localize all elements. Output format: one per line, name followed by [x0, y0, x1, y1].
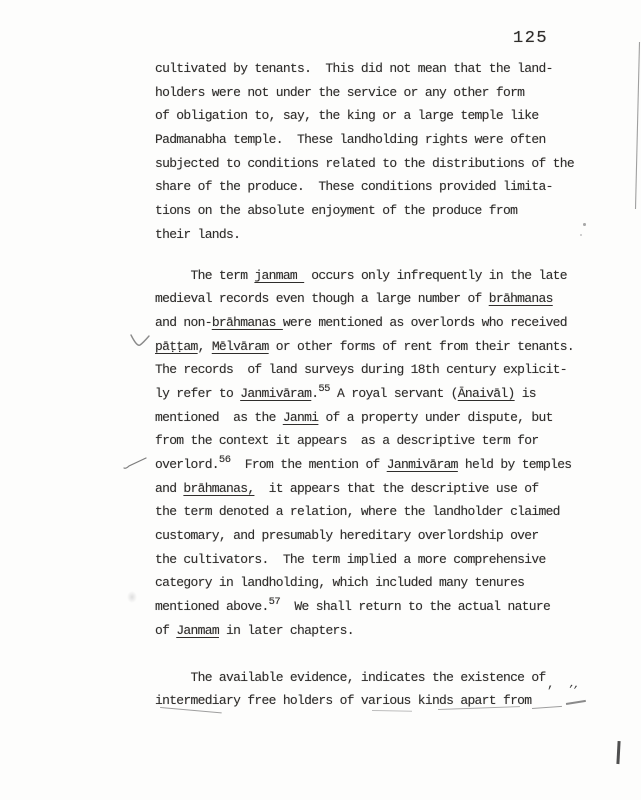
underlined-term: Janmam	[176, 623, 219, 638]
text-line: Padmanabha temple. These landholding rig…	[155, 128, 574, 152]
text-segment: held by temples	[458, 457, 572, 472]
text-segment: The term	[155, 268, 254, 283]
underlined-term: Janmivāram	[240, 386, 311, 401]
text-segment: tions on the absolute enjoyment of the p…	[155, 203, 517, 218]
vertical-bar-mark	[616, 741, 620, 764]
text-line: pāṭṭam, Mēlvāram or other forms of rent …	[155, 335, 574, 359]
text-segment: it appears that the descriptive use of	[254, 481, 538, 496]
text-line: and non-brāhmanas were mentioned as over…	[155, 311, 574, 335]
text-segment: in later chapters.	[219, 623, 354, 638]
text-segment: We shall return to the actual nature	[280, 599, 550, 614]
text-segment: holders were not under the service or an…	[155, 85, 524, 100]
text-line: the term denoted a relation, where the l…	[155, 500, 574, 524]
text-line: and brāhmanas, it appears that the descr…	[155, 477, 574, 501]
text-line: mentioned above.57 We shall return to th…	[155, 595, 574, 619]
text-line: intermediary free holders of various kin…	[155, 689, 574, 713]
text-segment: is	[515, 386, 536, 401]
text-segment: and	[155, 481, 183, 496]
text-line: The available evidence, indicates the ex…	[155, 666, 574, 690]
scan-speck	[583, 223, 586, 226]
text-line: The records of land surveys during 18th …	[155, 358, 574, 382]
underlined-term: brāhmanas,	[183, 481, 254, 496]
underlined-term: Janmivāram	[387, 457, 458, 472]
text-line: overlord.56 From the mention of Janmivār…	[155, 453, 574, 477]
text-line: holders were not under the service or an…	[155, 81, 574, 105]
text-segment: overlord.	[155, 457, 219, 472]
text-line: their lands.	[155, 223, 574, 247]
text-segment: of a property under dispute, but	[318, 410, 552, 425]
text-segment: of obligation to, say, the king or a lar…	[155, 108, 538, 123]
text-segment: the cultivators. The term implied a more…	[155, 552, 546, 567]
text-line: The term janmam occurs only infrequently…	[155, 264, 574, 288]
text-segment: occurs only infrequently in the late	[304, 268, 567, 283]
margin-checkmark-icon	[129, 332, 153, 348]
margin-slash-icon	[122, 454, 150, 472]
text-line: tions on the absolute enjoyment of the p…	[155, 199, 574, 223]
underlined-term: brāhmanas	[212, 315, 283, 330]
stray-apostrophe: ’	[546, 684, 554, 699]
text-segment: share of the produce. These conditions p…	[155, 179, 553, 194]
paragraph: The term janmam occurs only infrequently…	[155, 264, 574, 643]
underlined-term: janmam	[254, 268, 304, 283]
text-line: share of the produce. These conditions p…	[155, 175, 574, 199]
text-segment: from the context it appears as a descrip…	[155, 433, 538, 448]
underlined-term: Mēlvāram	[212, 339, 269, 354]
text-line: the cultivators. The term implied a more…	[155, 548, 574, 572]
margin-smudge	[127, 591, 137, 603]
text-segment: ly refer to	[155, 386, 240, 401]
text-line: ly refer to Janmivāram.55 A royal servan…	[155, 382, 574, 406]
scan-speck	[580, 234, 582, 236]
underlined-term: brāhmanas	[489, 291, 553, 306]
text-line: of obligation to, say, the king or a lar…	[155, 104, 574, 128]
text-segment: and non-	[155, 315, 212, 330]
footnote-ref: 57	[269, 596, 281, 608]
text-segment: their lands.	[155, 227, 240, 242]
underlined-term: pāṭṭam	[155, 339, 198, 354]
text-line: medieval records even though a large num…	[155, 287, 574, 311]
text-segment: Padmanabha temple. These landholding rig…	[155, 132, 546, 147]
text-segment: The available evidence, indicates the ex…	[155, 670, 546, 685]
text-segment: mentioned as the	[155, 410, 283, 425]
text-segment: the term denoted a relation, where the l…	[155, 504, 560, 519]
text-segment: or other forms of rent from their tenant…	[269, 339, 574, 354]
text-segment: subjected to conditions related to the d…	[155, 156, 574, 171]
text-line: of Janmam in later chapters.	[155, 619, 574, 643]
text-line: cultivated by tenants. This did not mean…	[155, 57, 574, 81]
underlined-term: Janmi	[283, 410, 319, 425]
text-segment: of	[155, 623, 176, 638]
scanned-page: 125 cultivated by tenants. This did not …	[0, 0, 641, 800]
page-number: 125	[513, 29, 548, 48]
text-segment: The records of land surveys during 18th …	[155, 362, 567, 377]
scratch-line	[634, 42, 641, 210]
paragraph: cultivated by tenants. This did not mean…	[155, 57, 574, 247]
underlined-term: Ānaivāl)	[458, 386, 515, 401]
stray-apostrophe: ’’	[566, 684, 577, 697]
text-line: category in landholding, which included …	[155, 571, 574, 595]
text-segment: ,	[198, 339, 212, 354]
text-segment: A royal servant (	[330, 386, 458, 401]
text-segment: customary, and presumably hereditary ove…	[155, 528, 538, 543]
text-line: customary, and presumably hereditary ove…	[155, 524, 574, 548]
text-segment: cultivated by tenants. This did not mean…	[155, 61, 553, 76]
page-text: cultivated by tenants. This did not mean…	[155, 57, 574, 713]
text-segment: mentioned above.	[155, 599, 269, 614]
text-segment: From the mention of	[231, 457, 387, 472]
text-segment: were mentioned as overlords who received	[283, 315, 567, 330]
text-line: from the context it appears as a descrip…	[155, 429, 574, 453]
text-segment: intermediary free holders of various kin…	[155, 693, 531, 708]
footnote-ref: 56	[219, 454, 231, 466]
footnote-ref: 55	[318, 383, 330, 395]
text-segment: medieval records even though a large num…	[155, 291, 489, 306]
text-line: subjected to conditions related to the d…	[155, 152, 574, 176]
text-segment: category in landholding, which included …	[155, 575, 524, 590]
text-line: mentioned as the Janmi of a property und…	[155, 406, 574, 430]
